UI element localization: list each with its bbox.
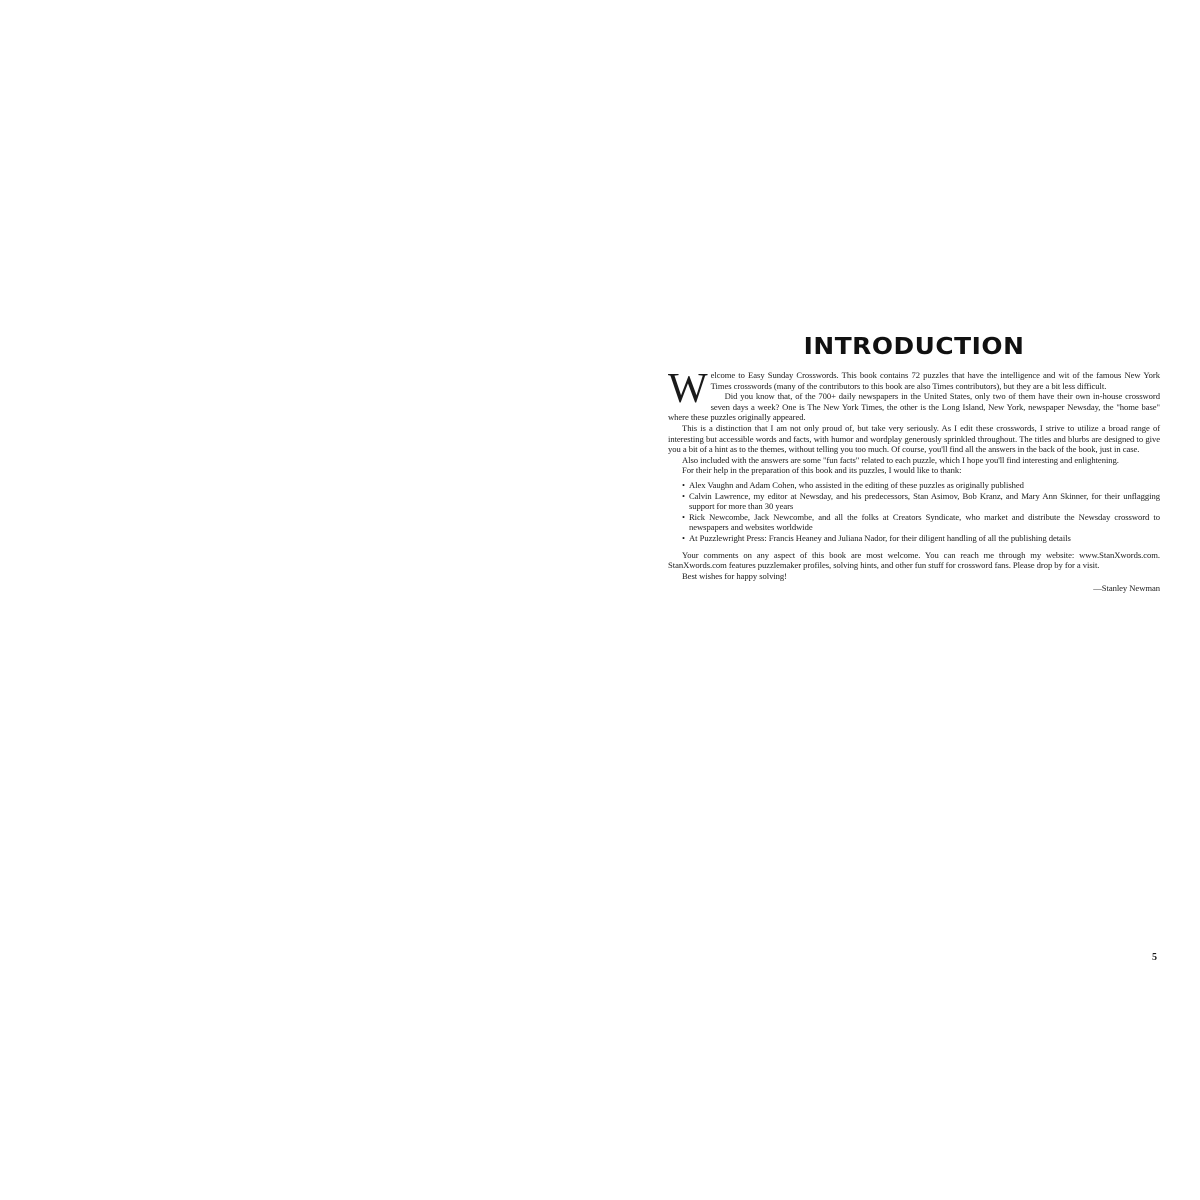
intro-paragraph: Welcome to Easy Sunday Crosswords. This … xyxy=(668,370,1160,391)
paragraph: Also included with the answers are some … xyxy=(668,455,1160,466)
paragraph: This is a distinction that I am not only… xyxy=(668,423,1160,455)
paragraph: Best wishes for happy solving! xyxy=(668,571,1160,582)
introduction-page: INTRODUCTION Welcome to Easy Sunday Cros… xyxy=(668,330,1160,602)
paragraph: For their help in the preparation of thi… xyxy=(668,465,1160,476)
list-item: Rick Newcombe, Jack Newcombe, and all th… xyxy=(682,512,1160,533)
paragraph: Your comments on any aspect of this book… xyxy=(668,550,1160,571)
drop-cap: W xyxy=(668,373,708,405)
list-item: At Puzzlewright Press: Francis Heaney an… xyxy=(682,533,1160,544)
page-number: 5 xyxy=(1152,952,1157,963)
acknowledgments-list: Alex Vaughn and Adam Cohen, who assisted… xyxy=(668,480,1160,544)
paragraph: Did you know that, of the 700+ daily new… xyxy=(668,391,1160,423)
list-item: Calvin Lawrence, my editor at Newsday, a… xyxy=(682,491,1160,512)
body-text: Welcome to Easy Sunday Crosswords. This … xyxy=(668,370,1160,594)
signature: —Stanley Newman xyxy=(668,583,1160,594)
page-title: INTRODUCTION xyxy=(648,334,1179,360)
list-item: Alex Vaughn and Adam Cohen, who assisted… xyxy=(682,480,1160,491)
